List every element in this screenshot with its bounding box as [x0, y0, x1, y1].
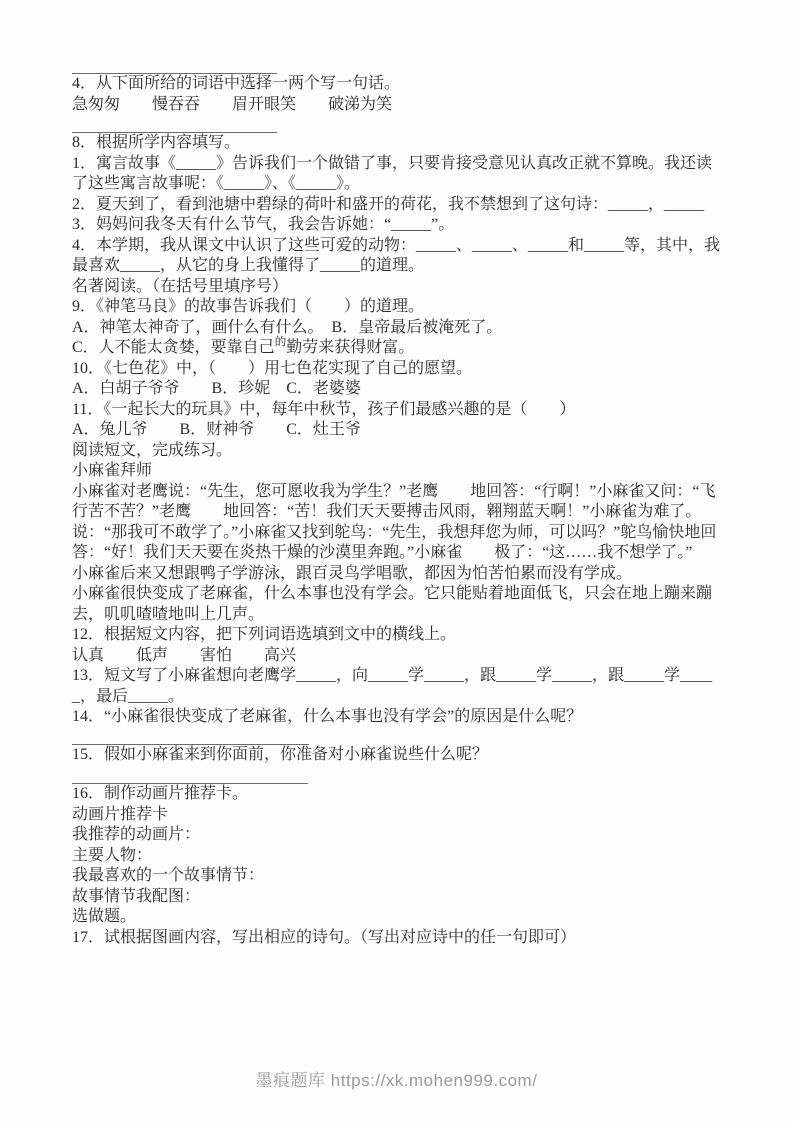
section-reading: 阅读短文，完成练习。	[72, 441, 722, 462]
worksheet-page: 4．从下面所给的词语中选择一两个写一句话。急匆匆 慢吞吞 眉开眼笑 破涕为笑8．…	[0, 0, 793, 1122]
question-17-stem: 17．试根据图画内容，写出相应的诗句。（写出对应诗中的任一句即可）	[72, 928, 722, 949]
card-field-plot: 我最喜欢的一个故事情节：	[72, 866, 722, 887]
passage-para-2: 小麻雀后来又想跟鸭子学游泳，跟百灵鸟学唱歌，都因为怕苦怕累而没有学成。	[72, 564, 722, 585]
card-field-picture: 故事情节我配图：	[72, 887, 722, 908]
q11-options: A．兔儿爷 B．财神爷 C．灶王爷	[72, 420, 722, 441]
question-8-stem: 8．根据所学内容填写。	[72, 133, 722, 154]
q8-fill-item-3: 3．妈妈问我冬天有什么节气，我会告诉她：“_____”。	[72, 215, 722, 236]
card-field-film: 我推荐的动画片：	[72, 825, 722, 846]
section-famous-reading: 名著阅读。（在括号里填序号）	[72, 277, 722, 298]
question-10-stem: 10．《七色花》中，（ ）用七色花实现了自己的愿望。	[72, 359, 722, 380]
question-15-stem: 15．假如小麻雀来到你面前，你准备对小麻雀说些什么呢？	[72, 745, 722, 766]
card-field-characters: 主要人物：	[72, 846, 722, 867]
q9-option-c: C．人不能太贪婪，要靠自己的勤劳来获得财富。	[72, 338, 722, 359]
question-14-stem: 14．“小麻雀很快变成了老麻雀，什么本事也没有学会”的原因是什么呢？	[72, 707, 722, 728]
question-12-stem: 12．根据短文内容，把下列词语选填到文中的横线上。	[72, 625, 722, 646]
question-9-stem: 9．《神笔马良》的故事告诉我们（ ）的道理。	[72, 297, 722, 318]
word-bank-q12: 认真 低声 害怕 高兴	[72, 646, 722, 667]
card-title: 动画片推荐卡	[72, 805, 722, 826]
document-body: 4．从下面所给的词语中选择一两个写一句话。急匆匆 慢吞吞 眉开眼笑 破涕为笑8．…	[72, 64, 722, 948]
question-11-stem: 11．《一起长大的玩具》中，每年中秋节，孩子们最感兴趣的是（ ）	[72, 400, 722, 421]
q9-options-ab: A．神笔太神奇了，画什么有什么。 B．皇帝最后被淹死了。	[72, 318, 722, 339]
footer-site-link: 墨痕题库 https://xk.mohen999.com/	[256, 1071, 538, 1090]
q8-fill-item-4: 4．本学期，我从课文中认识了这些可爱的动物：_____、_____、_____和…	[72, 236, 722, 277]
question-4-stem: 4．从下面所给的词语中选择一两个写一句话。	[72, 74, 722, 95]
q8-fill-item-1: 1．寓言故事《_____》告诉我们一个做错了事，只要肯接受意见认真改正就不算晚。…	[72, 154, 722, 195]
passage-para-1: 小麻雀对老鹰说：“先生，您可愿收我为学生？”老鹰 地回答：“行啊！”小麻雀又问：…	[72, 482, 722, 564]
word-bank-q4: 急匆匆 慢吞吞 眉开眼笑 破涕为笑	[72, 95, 722, 116]
q8-fill-item-2: 2．夏天到了，看到池塘中碧绿的荷叶和盛开的荷花，我不禁想到了这句诗：_____，…	[72, 195, 722, 216]
passage-para-3: 小麻雀很快变成了老麻雀，什么本事也没有学会。它只能贴着地面低飞，只会在地上蹦来蹦…	[72, 584, 722, 625]
question-16-stem: 16．制作动画片推荐卡。	[72, 784, 722, 805]
question-13-stem: 13．短文写了小麻雀想向老鹰学_____，向_____学_____，跟_____…	[72, 666, 722, 707]
q10-options: A．白胡子爷爷 B．珍妮 C．老婆婆	[72, 379, 722, 400]
page-footer: 墨痕题库 https://xk.mohen999.com/	[0, 1066, 793, 1091]
passage-title: 小麻雀拜师	[72, 461, 722, 482]
optional-question-note: 选做题。	[72, 907, 722, 928]
